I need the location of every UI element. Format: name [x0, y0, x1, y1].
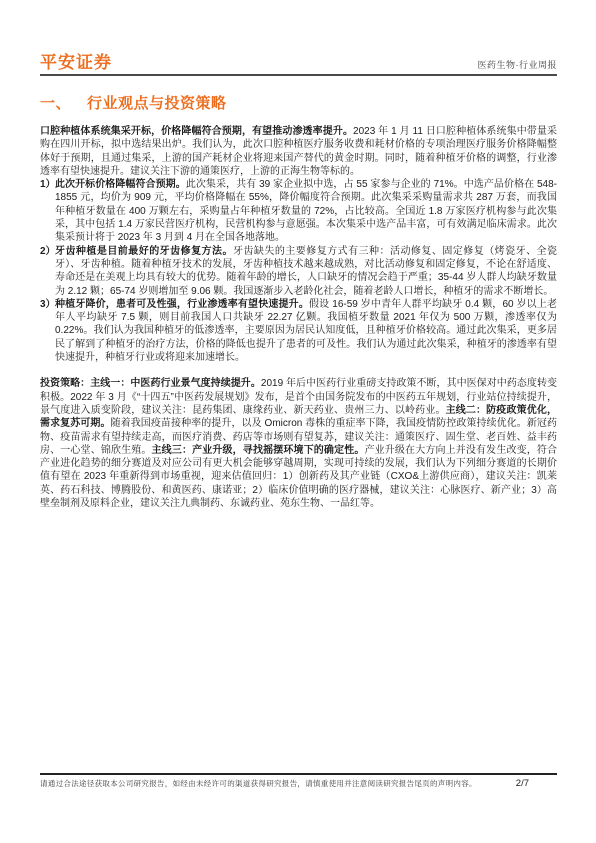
page-footer: 请通过合法途径获取本公司研究报告，如经由未经许可的渠道获得研究报告，请慎重使用并… [40, 778, 557, 789]
page-header: 平安证券 医药生物·行业周报 [40, 48, 557, 73]
section-title-text: 行业观点与投资策略 [87, 95, 227, 112]
report-body: 一、行业观点与投资策略 口腔种植体系统集采开标，价格降幅符合预期，有望推动渗透率… [40, 92, 557, 510]
list-item-2: 2） 牙齿种植是目前最好的牙齿修复方法。牙齿缺失的主要修复方式有三种：活动修复、… [40, 245, 557, 298]
page-number: 2/7 [516, 778, 557, 789]
header-divider [40, 74, 557, 76]
list-item-3-number: 3） [40, 298, 56, 311]
intro-paragraph: 口腔种植体系统集采开标，价格降幅符合预期，有望推动渗透率提升。2023 年 1 … [40, 125, 557, 178]
report-category: 医药生物·行业周报 [478, 58, 558, 73]
brand-logo: 平安证券 [40, 48, 112, 73]
list-item-3: 3） 种植牙降价，患者可及性强，行业渗透率有望快速提升。假设 16-59 岁中青… [40, 298, 557, 364]
list-item-1-text: 此次开标价格降幅符合预期。此次集采，共有 39 家企业拟中选，占 55 家参与企… [55, 179, 557, 243]
list-item-1-number: 1） [40, 178, 56, 191]
report-page: 平安证券 医药生物·行业周报 一、行业观点与投资策略 口腔种植体系统集采开标，价… [0, 0, 596, 843]
footer-disclaimer: 请通过合法途径获取本公司研究报告，如经由未经许可的渠道获得研究报告，请慎重使用并… [40, 778, 477, 789]
body-text: 口腔种植体系统集采开标，价格降幅符合预期，有望推动渗透率提升。2023 年 1 … [40, 125, 557, 510]
footer-divider [40, 773, 557, 775]
list-item-2-number: 2） [40, 245, 56, 258]
list-item-1: 1） 此次开标价格降幅符合预期。此次集采，共有 39 家企业拟中选，占 55 家… [40, 178, 557, 244]
list-item-2-text: 牙齿种植是目前最好的牙齿修复方法。牙齿缺失的主要修复方式有三种：活动修复、固定修… [55, 246, 557, 297]
section-number: 一、 [40, 95, 71, 112]
list-item-3-text: 种植牙降价，患者可及性强，行业渗透率有望快速提升。假设 16-59 岁中青年人群… [55, 299, 557, 363]
section-title: 一、行业观点与投资策略 [40, 92, 557, 113]
strategy-paragraph: 投资策略：主线一：中医药行业景气度持续提升。2019 年后中医药行业重磅支持政策… [40, 377, 557, 510]
